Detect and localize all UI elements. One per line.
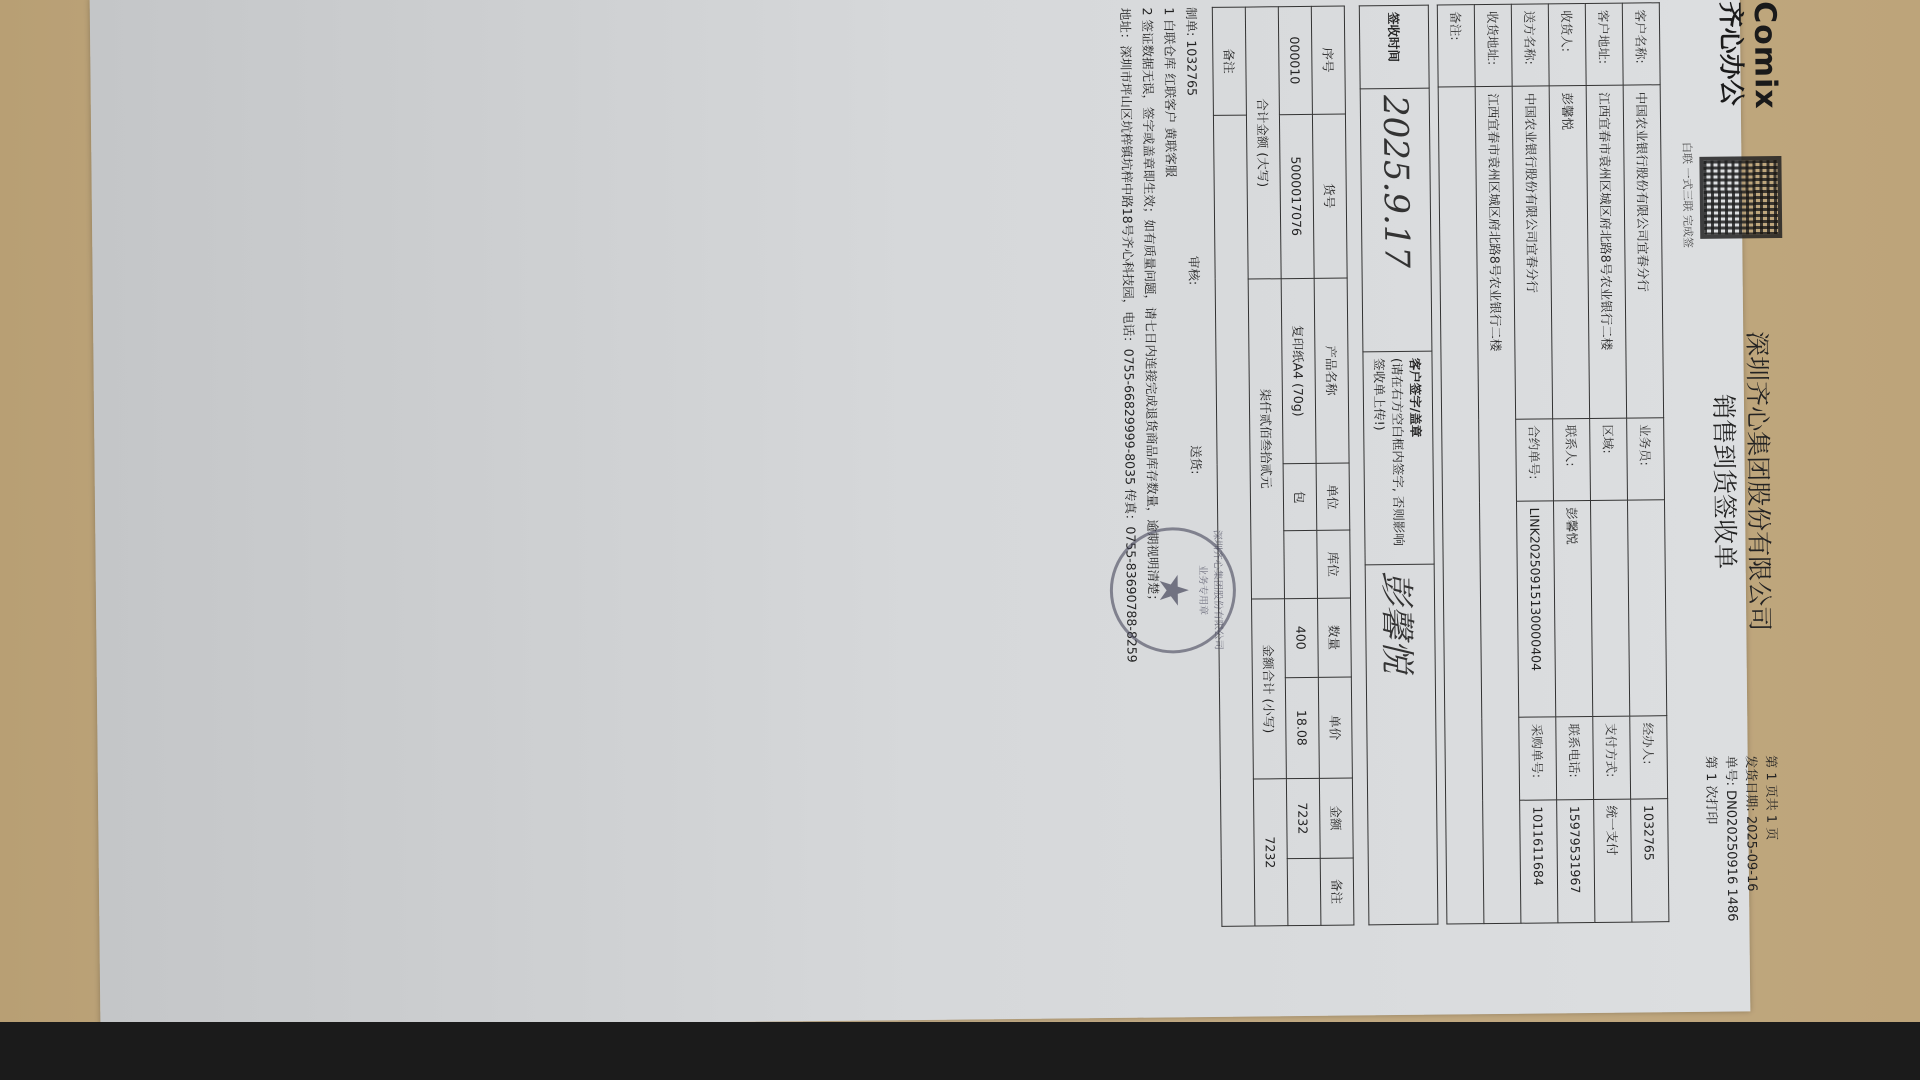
items-header-cell: 单价 bbox=[1318, 677, 1352, 779]
items-header-cell: 单位 bbox=[1316, 463, 1350, 531]
print-count: 第 1 次打印 bbox=[1700, 756, 1722, 922]
customer-name: 中国农业银行股份有限公司宜春分行 bbox=[1623, 85, 1663, 418]
items-header-cell: 序号 bbox=[1311, 6, 1345, 114]
items-header-cell: 金额 bbox=[1319, 778, 1353, 858]
qr-code-icon bbox=[1699, 156, 1782, 239]
qr-caption: 白联 一式三联 完成签 bbox=[1679, 142, 1696, 248]
page-info: 第 1 页共 1 页 bbox=[1760, 755, 1782, 921]
handler: 1032765 bbox=[1631, 798, 1669, 922]
items-table: 序号货号产品名称单位库位数量单价金额备注 0000105000017076复印纸… bbox=[1212, 6, 1355, 927]
table-cell: 400 bbox=[1284, 598, 1318, 677]
salesman bbox=[1627, 500, 1666, 717]
maker: 制单: 1032765 bbox=[1180, 7, 1203, 96]
ship-date: 发货日期: 2025-09-16 bbox=[1740, 755, 1762, 921]
items-header-cell: 货号 bbox=[1312, 114, 1347, 278]
payment-method: 统一支付 bbox=[1594, 799, 1632, 923]
company-name: 深圳齐心集团股份有限公司 bbox=[1739, 301, 1777, 661]
table-cell bbox=[1284, 531, 1318, 599]
total-upper: 柒仟贰佰叁拾贰元 bbox=[1248, 278, 1284, 598]
items-header-cell: 备注 bbox=[1320, 858, 1354, 926]
table-cell: 复印纸A4 (70g) bbox=[1281, 278, 1316, 464]
delivery-receipt-paper: Comix 齐心办公 白联 一式三联 完成签 深圳齐心集团股份有限公司 销售到货… bbox=[90, 0, 1751, 1029]
receipt-footer: 制单: 1032765 审核: 送货: 1 白联仓库 红联客户 黄联客服 2 签… bbox=[1114, 7, 1212, 928]
customer-sign-label: 客户签字/盖章 (请在右方空白框内签字, 否则影响签收单上传!) bbox=[1363, 351, 1434, 565]
comix-logo: Comix 齐心办公 bbox=[1714, 1, 1783, 110]
company-seal: 深圳齐心集团股份有限公司 业务专用章 ★ bbox=[1109, 527, 1236, 654]
star-icon: ★ bbox=[1150, 572, 1196, 608]
customer-signature: 彭馨悦 bbox=[1365, 564, 1438, 925]
reviewer: 审核: bbox=[1182, 256, 1204, 285]
sign-time-label: 签收时间 bbox=[1359, 5, 1429, 89]
sign-time-value: 2025.9.17 bbox=[1360, 88, 1432, 352]
total-lower: 7232 bbox=[1253, 779, 1288, 926]
desk-edge bbox=[0, 1022, 1920, 1080]
phone: 15979531967 bbox=[1557, 799, 1595, 923]
form-title: 销售到货签收单 bbox=[1705, 301, 1743, 661]
items-header-cell: 数量 bbox=[1317, 598, 1351, 677]
table-cell: 5000017076 bbox=[1279, 114, 1314, 278]
contract-number: LINK20250915130000404 bbox=[1516, 501, 1555, 718]
table-cell bbox=[1287, 858, 1321, 926]
customer-info-table: 客户名称: 中国农业银行股份有限公司宜春分行 业务员: 经办人: 1032765… bbox=[1437, 2, 1670, 924]
receipt-header: Comix 齐心办公 白联 一式三联 完成签 深圳齐心集团股份有限公司 销售到货… bbox=[1660, 1, 1800, 922]
sign-section: 签收时间 2025.9.17 客户签字/盖章 (请在右方空白框内签字, 否则影响… bbox=[1359, 5, 1439, 926]
region bbox=[1590, 500, 1629, 717]
sender: 送货: bbox=[1184, 445, 1206, 474]
document-title: 深圳齐心集团股份有限公司 销售到货签收单 bbox=[1705, 301, 1777, 662]
receiver: 彭馨悦 bbox=[1549, 86, 1589, 419]
customer-address: 江西宜春市袁州区城区府北路8号农业银行二楼 bbox=[1586, 86, 1626, 419]
items-header-cell: 产品名称 bbox=[1314, 278, 1349, 464]
table-cell: 包 bbox=[1283, 463, 1317, 531]
table-cell: 000010 bbox=[1278, 6, 1312, 114]
contact: 彭馨悦 bbox=[1553, 501, 1592, 718]
receipt-meta: 第 1 页共 1 页 发货日期: 2025-09-16 单号: DN020250… bbox=[1700, 755, 1782, 922]
items-header-cell: 库位 bbox=[1317, 530, 1351, 598]
ship-to: 中国农业银行股份有限公司宜春分行 bbox=[1512, 86, 1552, 419]
delivery-receipt: Comix 齐心办公 白联 一式三联 完成签 深圳齐心集团股份有限公司 销售到货… bbox=[970, 1, 1800, 930]
purchase-number: 1011611684 bbox=[1520, 800, 1558, 924]
order-number: 单号: DN020250916 1486 bbox=[1720, 756, 1742, 922]
table-cell: 7232 bbox=[1286, 778, 1320, 858]
table-cell: 18.08 bbox=[1285, 677, 1319, 779]
